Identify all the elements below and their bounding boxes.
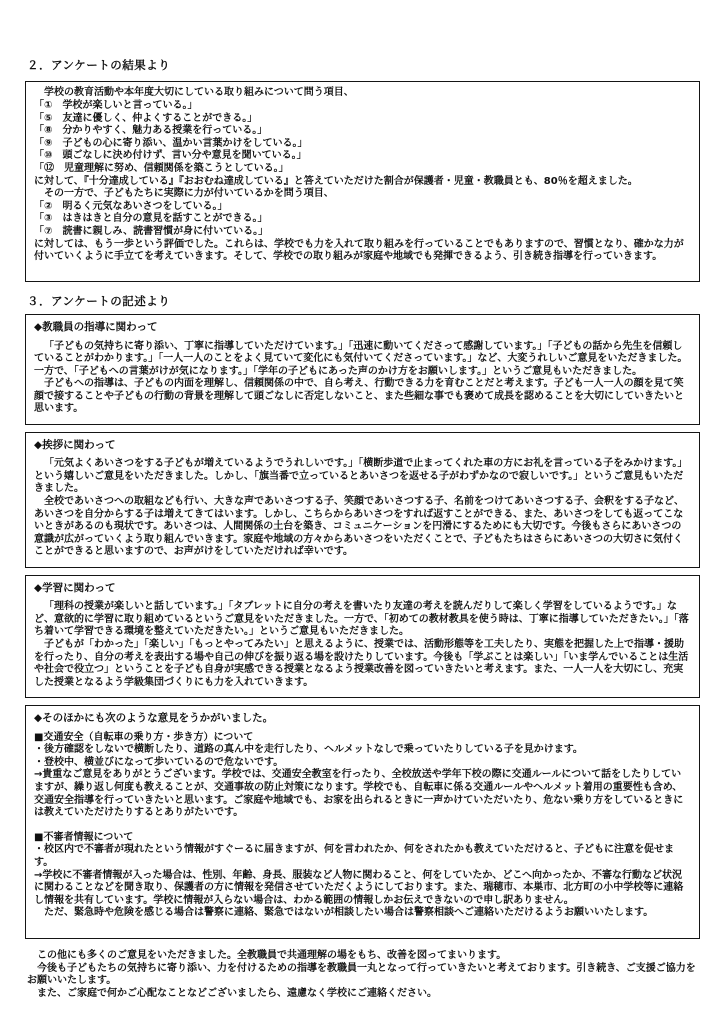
learning-paragraph: 子どもが「わかった」「楽しい」「もっとやってみたい」と思えるように、授業では、活… (34, 639, 691, 689)
greeting-box: ◆挨拶に関わって 「元気よくあいさつをする子どもが増えているようでうれしいです。… (25, 432, 700, 568)
results-box: 学校の教育活動や本年度大切にしている取り組みについて問う項目、 「① 学校が楽し… (25, 81, 700, 281)
suspicious-person-note: ただ、緊急時や危険を感じる場合は警察に連絡、緊急ではないが相談したい場合は警察相… (34, 907, 691, 920)
results-section-title: ２．アンケートの結果より (27, 58, 700, 72)
learning-heading: ◆学習に関わって (34, 582, 691, 595)
teacher-guidance-box: ◆教職員の指導に関わって 「子どもの気持ちに寄り添い、丁寧に指導していただけてい… (25, 314, 700, 425)
closing-paragraph: この他にも多くのご意見をいただきました。全教職員で共通理解の場をもち、改善を図っ… (27, 950, 698, 963)
results-challenge-summary: に対しては、もう一歩という評価でした。これらは、学校でも力を入れて取り組みを行っ… (34, 239, 691, 264)
results-achieved-summary: に対して、『十分達成している』『おおむね達成している』と答えていただけた割合が保… (34, 176, 691, 189)
traffic-safety-bullet: ・後方確認をしないで横断したり、道路の真ん中を走行したり、ヘルメットなしで乗って… (34, 744, 691, 757)
results-challenge-item: 「② 明るく元気なあいさつをしている。」 (34, 201, 691, 214)
results-achieved-item: 「⑩ 頭ごなしに決め付けず、言い分や意見を聞いている。」 (34, 150, 691, 163)
suspicious-person-response: →学校に不審者情報が入った場合は、性別、年齢、身長、服装など人物に関わること、何… (34, 870, 691, 908)
closing-paragraph: また、ご家庭で何かご心配なことなどございましたら、遠慮なく学校にご連絡ください。 (27, 988, 698, 1001)
results-achieved-item: 「⑫ 児童理解に努め、信頼関係を築こうとしている。」 (34, 163, 691, 176)
learning-paragraph: 「理科の授業が楽しいと話しています。」「タブレットに自分の考えを書いたり友達の考… (34, 601, 691, 639)
other-opinions-heading: ◆そのほかにも次のような意見をうかがいました。 (34, 712, 691, 725)
greeting-paragraph: 「元気よくあいさつをする子どもが増えているようでうれしいです。」「横断歩道で止ま… (34, 458, 691, 496)
learning-box: ◆学習に関わって 「理科の授業が楽しいと話しています。」「タブレットに自分の考え… (25, 575, 700, 698)
results-achieved-item: 「① 学校が楽しいと言っている。」 (34, 100, 691, 113)
results-challenge-item: 「③ はきはきと自分の意見を話すことができる。」 (34, 213, 691, 226)
closing-remarks: この他にも多くのご意見をいただきました。全教職員で共通理解の場をもち、改善を図っ… (25, 950, 700, 1000)
results-achieved-item: 「⑧ 分かりやすく、魅力ある授業を行っている。」 (34, 125, 691, 138)
results-achieved-item: 「⑨ 子どもの心に寄り添い、温かい言葉かけをしている。」 (34, 138, 691, 151)
suspicious-person-heading: ■不審者情報について (34, 832, 691, 845)
blank-line (34, 820, 691, 832)
suspicious-person-bullet: ・校区内で不審者が現れたという情報がすぐーるに届きますが、何を言われたか、何をさ… (34, 844, 691, 869)
document-page: ２．アンケートの結果より 学校の教育活動や本年度大切にしている取り組みについて問… (0, 0, 724, 1024)
closing-paragraph: 今後も子どもたちの気持ちに寄り添い、力を付けるための指導を教職員一丸となって行っ… (27, 963, 698, 988)
results-challenge-item: 「⑦ 読書に親しみ、読書習慣が身に付いている。」 (34, 226, 691, 239)
traffic-safety-bullet: ・登校中、横並びになって歩いているので危ないです。 (34, 757, 691, 770)
greeting-paragraph: 全校であいさつへの取組なども行い、大きな声であいさつする子、笑顔であいさつする子… (34, 496, 691, 559)
teacher-guidance-paragraph: 「子どもの気持ちに寄り添い、丁寧に指導していただけています。」「迅速に動いてくだ… (34, 341, 691, 379)
results-challenge-intro: その一方で、子どもたちに実際に力が付いているかを問う項目、 (34, 188, 691, 201)
descriptions-section-title: ３．アンケートの記述より (27, 294, 700, 308)
teacher-guidance-paragraph: 子どもへの指導は、子どもの内面を理解し、信頼関係の中で、自ら考え、行動できる力を… (34, 378, 691, 416)
other-opinions-box: ◆そのほかにも次のような意見をうかがいました。 ■交通安全（自転車の乗り方・歩き… (25, 705, 700, 939)
results-intro: 学校の教育活動や本年度大切にしている取り組みについて問う項目、 (34, 87, 691, 100)
teacher-guidance-heading: ◆教職員の指導に関わって (34, 321, 691, 334)
results-achieved-item: 「⑤ 友達に優しく、仲よくすることができる。」 (34, 113, 691, 126)
traffic-safety-response: →貴重なご意見をありがとうございます。学校では、交通安全教室を行ったり、全校放送… (34, 769, 691, 819)
traffic-safety-heading: ■交通安全（自転車の乗り方・歩き方）について (34, 732, 691, 745)
greeting-heading: ◆挨拶に関わって (34, 439, 691, 452)
